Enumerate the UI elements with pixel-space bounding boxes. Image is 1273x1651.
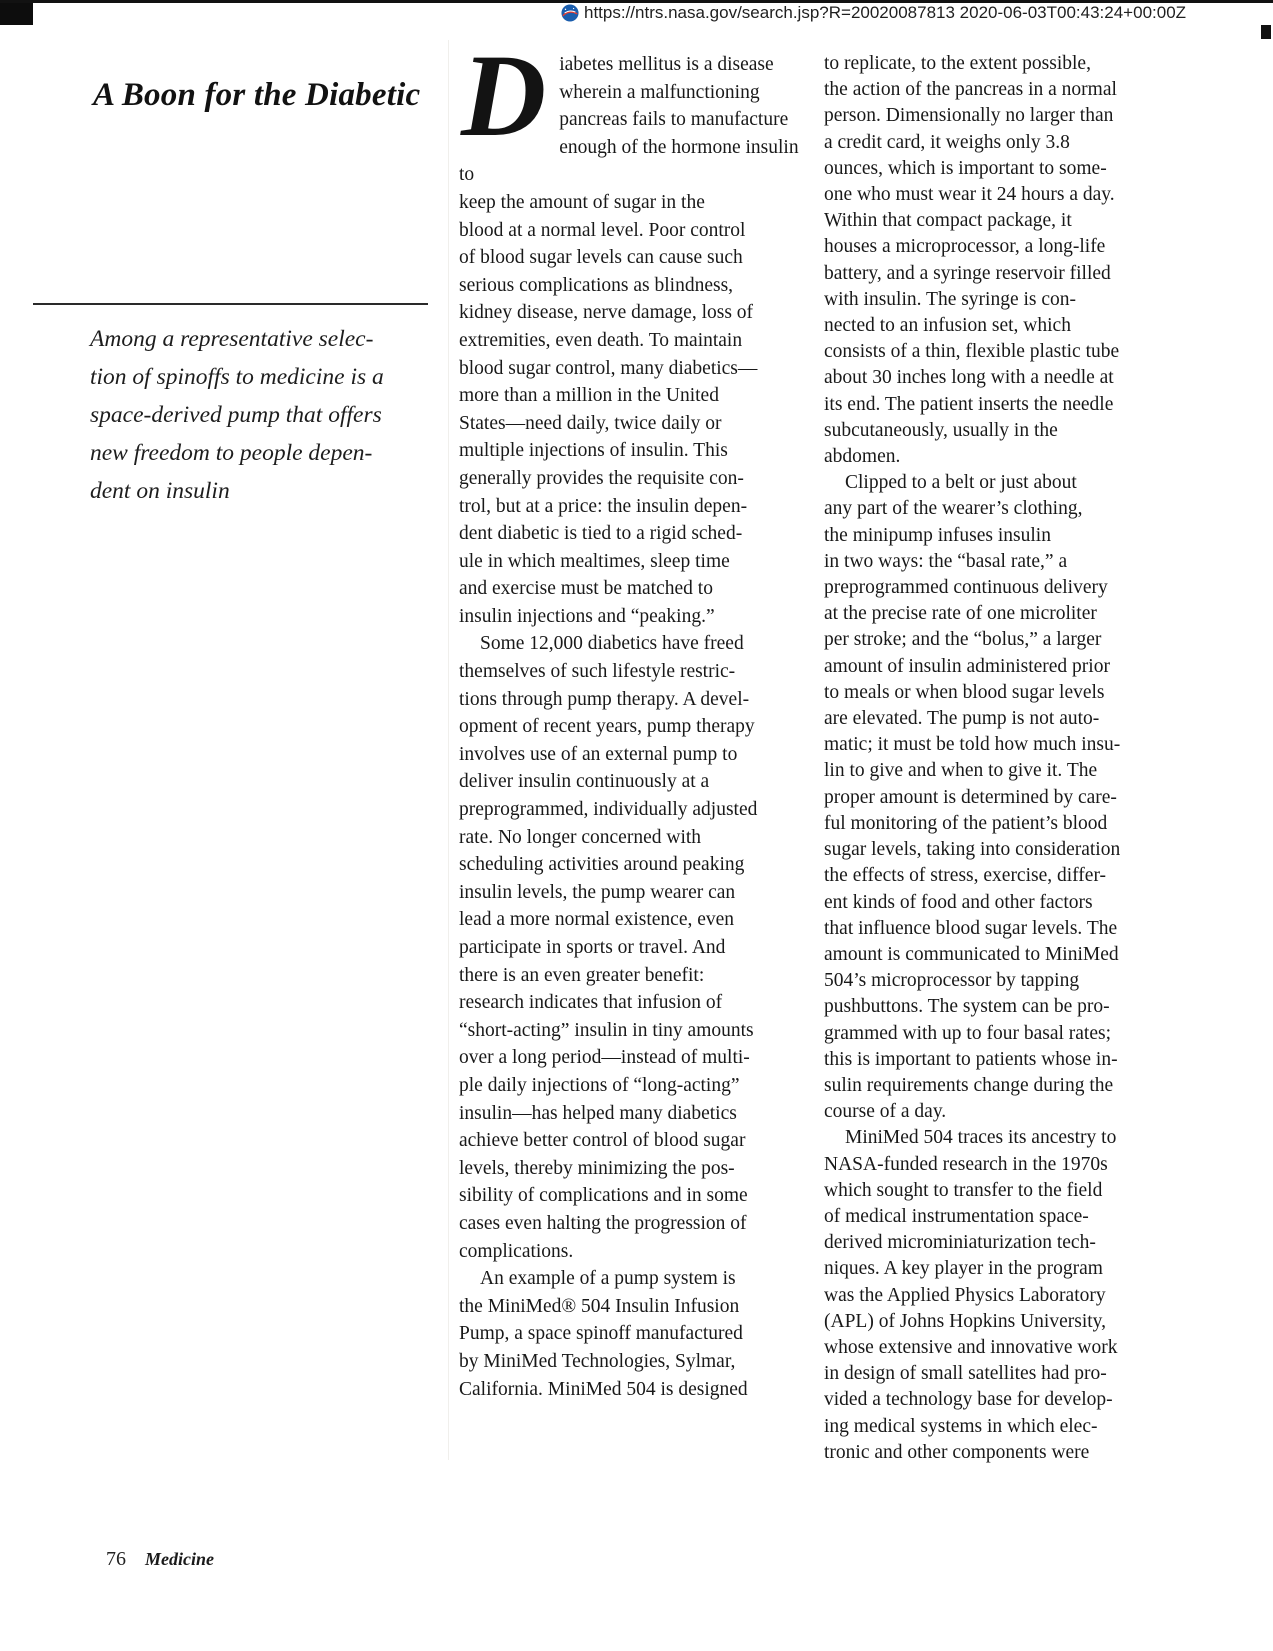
scan-corner-mark — [0, 3, 33, 25]
paragraph: MiniMed 504 traces its ancestry to NASA-… — [824, 1125, 1176, 1466]
body-column-right: to replicate, to the extent possible, th… — [824, 51, 1176, 1466]
paragraph: Some 12,000 diabetics have freed themsel… — [459, 630, 815, 1265]
source-url[interactable]: https://ntrs.nasa.gov/search.jsp?R=20020… — [584, 3, 1186, 23]
page-number: 76 — [106, 1548, 126, 1571]
drop-cap: D — [461, 55, 546, 139]
document-source-header: https://ntrs.nasa.gov/search.jsp?R=20020… — [561, 3, 1186, 23]
paragraph: Clipped to a belt or just about any part… — [824, 470, 1176, 1125]
scan-gutter-line — [448, 40, 449, 1460]
paragraph: An example of a pump system is the MiniM… — [459, 1265, 815, 1403]
standfirst-divider — [33, 303, 428, 305]
scan-right-mark — [1261, 25, 1271, 39]
nasa-meatball-icon — [561, 4, 579, 22]
scanned-document-page: https://ntrs.nasa.gov/search.jsp?R=20020… — [0, 0, 1273, 1651]
page-footer: 76 Medicine — [106, 1548, 214, 1571]
article-standfirst: Among a representative selec- tion of sp… — [90, 320, 440, 510]
section-label: Medicine — [145, 1549, 214, 1570]
paragraph: to replicate, to the extent possible, th… — [824, 51, 1176, 470]
article-title: A Boon for the Diabetic — [93, 77, 420, 114]
body-column-middle: D iabetes mellitus is a disease wherein … — [459, 51, 815, 1403]
